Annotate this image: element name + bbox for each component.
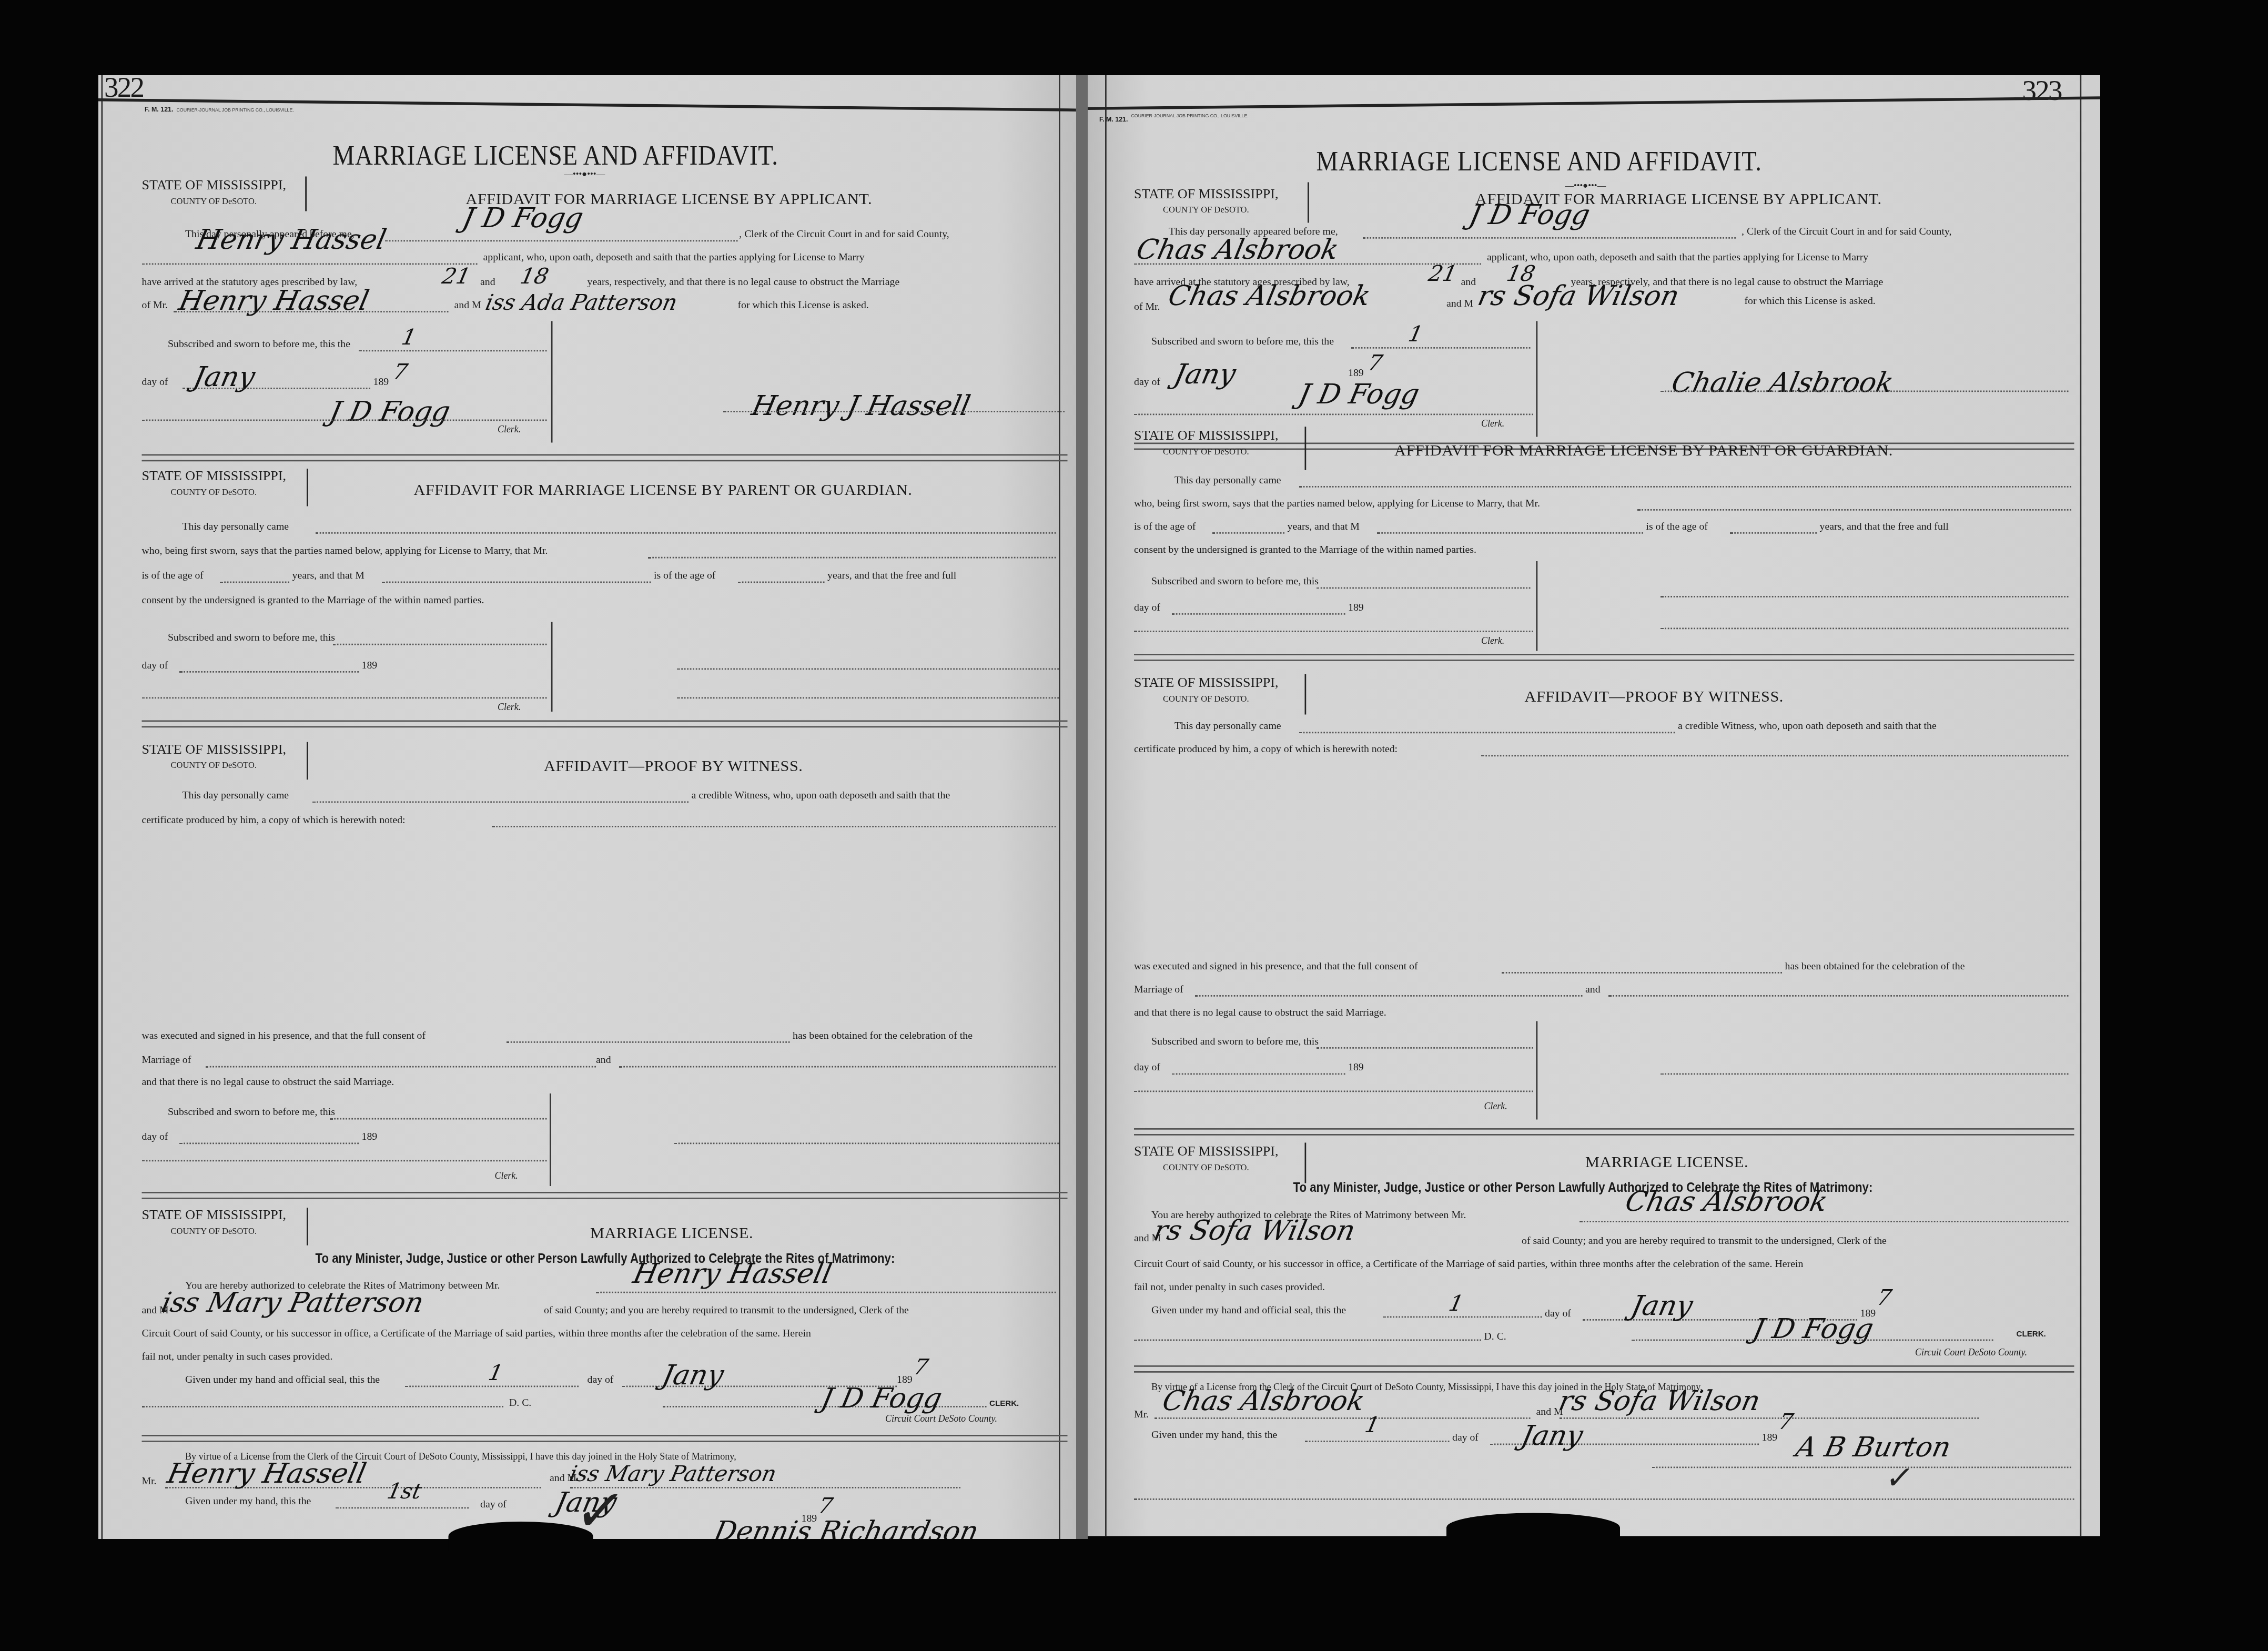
handwritten-month: Jany — [1171, 359, 1239, 391]
form-text: is of the age of — [142, 570, 204, 582]
form-text: fail not, under penalty in such cases pr… — [142, 1351, 333, 1363]
signature-line — [1660, 628, 2069, 630]
officiant-signature: A B Burton — [1793, 1432, 1953, 1464]
page-title: MARRIAGE LICENSE AND AFFIDAVIT. — [333, 139, 778, 173]
state-heading: STATE OF MISSISSIPPI,COUNTY OF DeSOTO. — [1134, 430, 1278, 462]
applicant-signature: Henry J Hassell — [749, 391, 973, 423]
handwritten-year: 7 — [1776, 1409, 1796, 1435]
section-divider — [142, 721, 1068, 728]
form-text: day of — [142, 660, 168, 671]
brace — [307, 1208, 308, 1245]
blank-line — [648, 557, 1056, 559]
signature-line — [1652, 1467, 2072, 1468]
blank-line — [333, 644, 547, 645]
form-text: was executed and signed in his presence,… — [142, 1030, 426, 1041]
handwritten-day: 1 — [1363, 1412, 1382, 1438]
printer-mark: COURIER-JOURNAL JOB PRINTING CO., LOUISV… — [177, 107, 294, 113]
header-rule — [1088, 96, 2100, 110]
form-text: and M — [454, 299, 481, 311]
handwritten-day: 1st — [385, 1478, 424, 1505]
form-text: consent by the undersigned is granted to… — [142, 594, 484, 606]
clerk-label: Clerk. — [498, 426, 521, 435]
form-text: day of — [1545, 1308, 1571, 1319]
handwritten-month: Jany — [190, 362, 258, 394]
officiant-signature: Dennis Richardson — [711, 1516, 981, 1539]
blank-line — [1134, 631, 1533, 632]
form-text: was executed and signed in his presence,… — [1134, 960, 1418, 972]
form-text: a credible Witness, who, upon oath depos… — [1678, 721, 1937, 732]
signature-line — [1660, 596, 2069, 597]
clerk-signature: J D Fogg — [1750, 1313, 1877, 1345]
blank-line — [1363, 237, 1736, 239]
clerk-title: CLERK. — [2017, 1331, 2046, 1340]
divider — [1536, 1021, 1538, 1120]
form-text: years, and that the free and full — [827, 570, 956, 582]
left-margin-rule — [1105, 75, 1107, 1536]
section-divider — [1134, 654, 2074, 661]
handwritten-bride-name: rs Sofa Wilson — [1475, 281, 1682, 313]
left-page: 322 F. M. 121. COURIER-JOURNAL JOB PRINT… — [98, 75, 1076, 1539]
deputy-clerk-label: D. C. — [509, 1397, 531, 1409]
check-mark-icon: ✓ — [1883, 1461, 1916, 1497]
blank-line — [179, 1143, 359, 1144]
blank-line — [1299, 486, 2072, 488]
form-text: day of — [1452, 1432, 1479, 1444]
form-number: F. M. 121. — [1099, 116, 1128, 123]
state-heading: STATE OF MISSISSIPPI,COUNTY OF DeSOTO. — [1134, 188, 1278, 220]
signature-line — [677, 668, 1059, 670]
brace — [1305, 1143, 1307, 1183]
blank-line — [1317, 1047, 1534, 1049]
form-text: years, respectively, and that there is n… — [588, 276, 900, 288]
blank-line — [1134, 1091, 1533, 1092]
blank-line — [1579, 1221, 2069, 1222]
witness-affidavit-heading: AFFIDAVIT—PROOF BY WITNESS. — [544, 758, 803, 775]
form-text: has been obtained for the celebration of… — [1785, 960, 1965, 972]
section-divider — [142, 454, 1068, 462]
form-text: Marriage of — [1134, 984, 1183, 995]
court-label: Circuit Court DeSoto County. — [885, 1415, 997, 1425]
handwritten-bride-name: rs Sofa Wilson — [1556, 1386, 1763, 1418]
blank-line — [1172, 1073, 1345, 1075]
handwritten-age-groom: 21 — [1426, 260, 1460, 287]
blank-line — [596, 1292, 1056, 1293]
blank-line — [142, 420, 547, 421]
state-heading: STATE OF MISSISSIPPI,COUNTY OF DeSOTO. — [1134, 1146, 1278, 1178]
blank-line — [1377, 532, 1643, 534]
section-divider — [1134, 1365, 2074, 1373]
blank-line — [316, 532, 1056, 534]
blank-line — [1608, 995, 2069, 997]
blank-line — [1317, 588, 1531, 589]
handwritten-bride-name: iss Ada Patterson — [483, 289, 680, 316]
blank-line — [1637, 509, 2071, 511]
form-text: 189 — [362, 660, 378, 671]
form-text: Circuit Court of said County, or his suc… — [142, 1328, 811, 1340]
brace — [1305, 427, 1307, 470]
parent-affidavit-heading: AFFIDAVIT FOR MARRIAGE LICENSE BY PARENT… — [414, 482, 913, 499]
handwritten-groom-name: Henry Hassel — [176, 285, 372, 317]
applicant-signature: Chalie Alsbrook — [1669, 368, 1897, 400]
state-heading: STATE OF MISSISSIPPI,COUNTY OF DeSOTO. — [1134, 677, 1278, 709]
blank-line — [385, 240, 738, 242]
form-text: years, and that M — [292, 570, 364, 582]
book-spine — [1076, 75, 1088, 1539]
blank-line — [723, 411, 1065, 412]
divider — [551, 622, 553, 712]
form-text: 189 — [1762, 1432, 1778, 1444]
signature-line — [1660, 1073, 2069, 1075]
blank-line — [1481, 755, 2069, 757]
blank-line — [1299, 732, 1675, 734]
form-text: This day personally came — [1174, 474, 1281, 486]
handwritten-day: 1 — [486, 1360, 505, 1386]
blank-line — [1134, 414, 1533, 416]
divider — [1536, 321, 1538, 437]
divider — [551, 321, 553, 443]
signature-line — [677, 697, 1059, 699]
form-text: Given under my hand and official seal, t… — [1151, 1305, 1346, 1316]
section-divider — [142, 1192, 1068, 1199]
form-text: Given under my hand, this the — [1151, 1429, 1277, 1441]
handwritten-bride-name: rs Sofa Wilson — [1151, 1215, 1358, 1247]
form-text: , Clerk of the Circuit Court in and for … — [739, 229, 949, 240]
license-heading: MARRIAGE LICENSE. — [590, 1225, 753, 1242]
clerk-signature: J D Fogg — [1295, 379, 1422, 411]
blank-line — [1660, 391, 2069, 392]
page-curl-shadow — [449, 1522, 593, 1551]
blank-line — [312, 802, 688, 803]
handwritten-bride-name: iss Mary Patterson — [159, 1288, 427, 1320]
form-text: is of the age of — [1646, 521, 1708, 532]
blank-line — [1730, 532, 1817, 534]
form-text: and — [480, 276, 495, 288]
form-text: Circuit Court of said County, or his suc… — [1134, 1259, 1803, 1270]
blank-line — [738, 582, 825, 583]
handwritten-year: 7 — [912, 1354, 931, 1380]
blank-line — [1383, 1316, 1542, 1318]
form-text: who, being first sworn, says that the pa… — [1134, 498, 1540, 509]
handwritten-applicant-name: Chas Alsbrook — [1133, 235, 1341, 267]
form-text: and M — [1446, 298, 1473, 310]
state-heading: STATE OF MISSISSIPPI,COUNTY OF DeSOTO. — [142, 744, 286, 776]
form-text: This day personally came — [183, 790, 289, 802]
state-heading: STATE OF MISSISSIPPI,COUNTY OF DeSOTO. — [142, 179, 286, 211]
clerk-label: Clerk. — [1484, 1102, 1507, 1112]
form-text: 189 — [362, 1131, 378, 1143]
blank-line — [1134, 1498, 2074, 1500]
form-text: day of — [1134, 376, 1160, 388]
handwritten-groom-name: Chas Alsbrook — [1623, 1186, 1830, 1218]
brace — [1308, 183, 1309, 223]
form-text: Given under my hand and official seal, t… — [185, 1374, 380, 1386]
parent-affidavit-heading: AFFIDAVIT FOR MARRIAGE LICENSE BY PARENT… — [1394, 443, 1893, 460]
form-text: for which this License is asked. — [738, 299, 869, 311]
blank-line — [570, 1487, 961, 1488]
form-text: Subscribed and sworn to before me, this — [168, 1107, 335, 1118]
state-heading: STATE OF MISSISSIPPI,COUNTY OF DeSOTO. — [142, 470, 286, 502]
form-text: has been obtained for the celebration of… — [793, 1030, 973, 1041]
form-text: and — [596, 1055, 611, 1066]
handwritten-day: 1 — [1446, 1290, 1466, 1316]
form-text: who, being first sworn, says that the pa… — [142, 545, 548, 557]
blank-line — [206, 1066, 596, 1068]
form-text: of said County; and you are hereby requi… — [544, 1305, 909, 1316]
form-text: This day personally came — [1174, 721, 1281, 732]
court-label: Circuit Court DeSoto County. — [1915, 1348, 2027, 1358]
blank-line — [1195, 995, 1583, 997]
blank-line — [142, 1160, 547, 1162]
witness-affidavit-heading: AFFIDAVIT—PROOF BY WITNESS. — [1525, 688, 1784, 706]
form-text: Subscribed and sworn to before me, this — [1151, 576, 1319, 588]
page-title: MARRIAGE LICENSE AND AFFIDAVIT. — [1317, 145, 1762, 178]
blank-line — [142, 1406, 504, 1407]
right-page: 323 F. M. 121. COURIER-JOURNAL JOB PRINT… — [1088, 75, 2100, 1536]
form-text: 189 — [1348, 602, 1364, 613]
handwritten-groom-name: Henry Hassell — [165, 1458, 369, 1490]
form-text: day of — [588, 1374, 614, 1386]
handwritten-year: 7 — [816, 1493, 835, 1519]
blank-line — [619, 1066, 1056, 1068]
form-text: years, and that the free and full — [1820, 521, 1949, 532]
form-text: and that there is no legal cause to obst… — [142, 1076, 394, 1088]
form-text: years, and that M — [1288, 521, 1360, 532]
handwritten-day: 1 — [399, 324, 419, 350]
form-text: for which this License is asked. — [1745, 295, 1876, 307]
brace — [307, 469, 308, 507]
brace — [305, 177, 307, 211]
form-number: F. M. 121. — [145, 106, 173, 113]
form-text: day of — [1134, 1062, 1160, 1073]
printer-mark: COURIER-JOURNAL JOB PRINTING CO., LOUISV… — [1131, 113, 1249, 119]
blank-line — [405, 1386, 579, 1387]
handwritten-year: 7 — [391, 359, 410, 385]
clerk-label: Clerk. — [495, 1172, 518, 1182]
page-number: 323 — [2022, 75, 2061, 108]
form-text: Marriage of — [142, 1055, 191, 1066]
blank-line — [492, 826, 1056, 827]
handwritten-day: 1 — [1406, 321, 1425, 348]
divider — [550, 1093, 551, 1186]
state-heading: STATE OF MISSISSIPPI,COUNTY OF DeSOTO. — [142, 1209, 286, 1241]
form-text: 189 — [1348, 1062, 1364, 1073]
blank-line — [1305, 1441, 1450, 1442]
handwritten-age-bride: 18 — [518, 264, 551, 290]
form-text: applicant, who, upon oath, deposeth and … — [483, 252, 865, 264]
form-text: day of — [142, 376, 168, 388]
clerk-label: Clerk. — [1481, 636, 1504, 646]
form-text: This day personally came — [183, 521, 289, 532]
form-text: of Mr. — [142, 299, 168, 311]
form-text: applicant, who, upon oath, deposeth and … — [1487, 252, 1868, 264]
form-text: 189 — [373, 376, 389, 388]
blank-line — [359, 350, 547, 352]
section-divider — [142, 1435, 1068, 1442]
brace — [1305, 674, 1307, 715]
form-text: consent by the undersigned is granted to… — [1134, 544, 1476, 555]
form-text: 189 — [1348, 368, 1364, 379]
ledger-scan: 322 F. M. 121. COURIER-JOURNAL JOB PRINT… — [0, 0, 2268, 1650]
signature-line — [674, 1143, 1059, 1144]
blank-line — [1212, 532, 1285, 534]
page-curl-shadow — [1446, 1513, 1620, 1542]
handwritten-groom-name: Chas Alsbrook — [1160, 1386, 1368, 1418]
form-text: is of the age of — [654, 570, 715, 582]
blank-line — [142, 264, 478, 265]
blank-line — [1560, 1417, 1979, 1419]
handwritten-applicant-name: Henry Hassel — [194, 224, 389, 256]
clerk-signature: J D Fogg — [327, 397, 453, 429]
form-text: and that there is no legal cause to obst… — [1134, 1007, 1386, 1018]
clerk-signature: J D Fogg — [818, 1383, 945, 1415]
blank-line — [507, 1041, 790, 1043]
blank-line — [330, 1118, 547, 1120]
form-text: certificate produced by him, a copy of w… — [142, 814, 406, 826]
form-text: day of — [1134, 602, 1160, 613]
deputy-clerk-label: D. C. — [1484, 1331, 1506, 1342]
form-text: Subscribed and sworn to before me, this … — [1151, 336, 1334, 347]
divider — [1536, 561, 1538, 651]
blank-line — [1155, 1417, 1531, 1419]
form-text: Mr. — [1134, 1409, 1149, 1421]
form-text: Subscribed and sworn to before me, this — [1151, 1036, 1319, 1047]
brace — [307, 742, 308, 780]
handwritten-groom-name: Chas Alsbrook — [1166, 281, 1373, 313]
handwritten-year: 7 — [1875, 1284, 1894, 1311]
handwritten-clerk-name: J D Fogg — [1466, 200, 1593, 232]
clerk-title: CLERK. — [989, 1400, 1019, 1409]
form-text: of said County; and you are hereby requi… — [1522, 1235, 1887, 1247]
form-text: Mr. — [142, 1475, 157, 1487]
handwritten-month: Jany — [1628, 1290, 1696, 1322]
form-text: , Clerk of the Circuit Court in and for … — [1741, 226, 1951, 237]
ornament: —•••●•••— — [564, 171, 605, 180]
left-margin-rule — [102, 75, 103, 1539]
handwritten-year: 7 — [1365, 350, 1385, 377]
blank-line — [179, 671, 359, 673]
right-margin-rule — [1059, 75, 1060, 1539]
clerk-label: Clerk. — [1481, 420, 1504, 430]
form-text: day of — [480, 1498, 507, 1510]
section-divider — [1134, 1128, 2074, 1136]
handwritten-age-groom: 21 — [440, 264, 473, 290]
form-text: and — [1585, 984, 1601, 995]
handwritten-month: Jany — [1518, 1421, 1586, 1453]
form-text: fail not, under penalty in such cases pr… — [1134, 1282, 1325, 1293]
handwritten-groom-name: Henry Hassell — [630, 1259, 835, 1291]
blank-line — [382, 582, 651, 583]
blank-line — [1351, 347, 1531, 349]
right-margin-rule — [2080, 75, 2082, 1536]
form-text: day of — [142, 1131, 168, 1143]
form-text: is of the age of — [1134, 521, 1196, 532]
form-text: Given under my hand, this the — [185, 1496, 311, 1507]
handwritten-clerk-name: J D Fogg — [460, 202, 586, 235]
handwritten-month: Jany — [659, 1360, 726, 1392]
blank-line — [1134, 1340, 1481, 1341]
clerk-label: Clerk. — [498, 703, 521, 713]
form-text: and — [1461, 276, 1476, 288]
form-text: certificate produced by him, a copy of w… — [1134, 744, 1398, 755]
form-text: Subscribed and sworn to before me, this — [168, 632, 335, 644]
license-heading: MARRIAGE LICENSE. — [1585, 1154, 1748, 1172]
blank-line — [1172, 613, 1345, 615]
form-text: a credible Witness, who, upon oath depos… — [692, 790, 950, 802]
blank-line — [336, 1507, 469, 1509]
blank-line — [142, 697, 547, 699]
form-text: Subscribed and sworn to before me, this … — [168, 339, 350, 350]
form-text: of Mr. — [1134, 301, 1160, 312]
blank-line — [220, 582, 289, 583]
blank-line — [1502, 972, 1783, 974]
ornament: —•••●•••— — [1565, 183, 1606, 191]
